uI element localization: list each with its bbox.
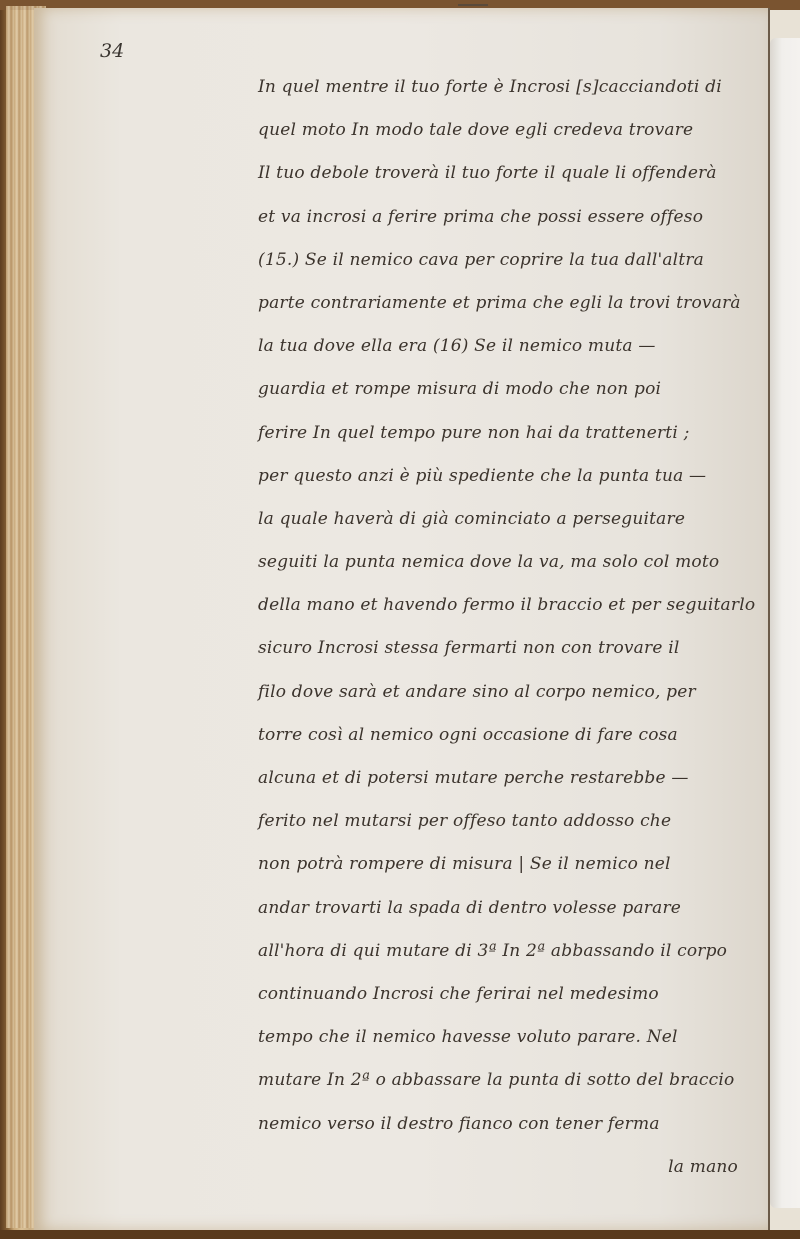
text-line: (15.) Se il nemico cava per coprire la t…	[258, 239, 768, 282]
text-line: torre così al nemico ogni occasione di f…	[258, 714, 768, 757]
text-line: seguiti la punta nemica dove la va, ma s…	[258, 541, 768, 584]
book-spread: 34 In quel mentre il tuo forte è Incrosi…	[0, 0, 800, 1239]
text-line: non potrà rompere di misura | Se il nemi…	[258, 843, 768, 886]
text-line: ferire In quel tempo pure non hai da tra…	[258, 412, 768, 455]
text-line: filo dove sarà et andare sino al corpo n…	[258, 671, 768, 714]
text-line: all'hora di qui mutare di 3ª In 2ª abbas…	[258, 930, 768, 973]
catchword: la mano	[258, 1146, 768, 1189]
text-line: andar trovarti la spada di dentro voless…	[258, 887, 768, 930]
text-line: parte contrariamente et prima che egli l…	[258, 282, 768, 325]
ink-mark	[458, 4, 488, 6]
text-line: alcuna et di potersi mutare perche resta…	[258, 757, 768, 800]
text-line: ferito nel mutarsi per offeso tanto addo…	[258, 800, 768, 843]
text-line: nemico verso il destro fianco con tener …	[258, 1103, 768, 1146]
text-line: et va incrosi a ferire prima che possi e…	[258, 196, 768, 239]
text-line: della mano et havendo fermo il braccio e…	[258, 584, 768, 627]
text-line: mutare In 2ª o abbassare la punta di sot…	[258, 1059, 768, 1102]
text-line: quel moto In modo tale dove egli credeva…	[258, 109, 768, 152]
folio-number: 34	[100, 40, 124, 62]
facing-page-edge	[770, 38, 800, 1208]
text-line: la tua dove ella era (16) Se il nemico m…	[258, 325, 768, 368]
text-line: per questo anzi è più spediente che la p…	[258, 455, 768, 498]
text-line: Il tuo debole troverà il tuo forte il qu…	[258, 152, 768, 195]
text-line: sicuro Incrosi stessa fermarti non con t…	[258, 627, 768, 670]
book-cover-bottom-edge	[0, 1230, 800, 1239]
handwritten-text-block: In quel mentre il tuo forte è Incrosi [s…	[258, 66, 768, 1189]
text-line: guardia et rompe misura di modo che non …	[258, 368, 768, 411]
text-line: In quel mentre il tuo forte è Incrosi [s…	[258, 66, 768, 109]
text-line: continuando Incrosi che ferirai nel mede…	[258, 973, 768, 1016]
text-line: la quale haverà di già cominciato a pers…	[258, 498, 768, 541]
text-line: tempo che il nemico havesse voluto parar…	[258, 1016, 768, 1059]
